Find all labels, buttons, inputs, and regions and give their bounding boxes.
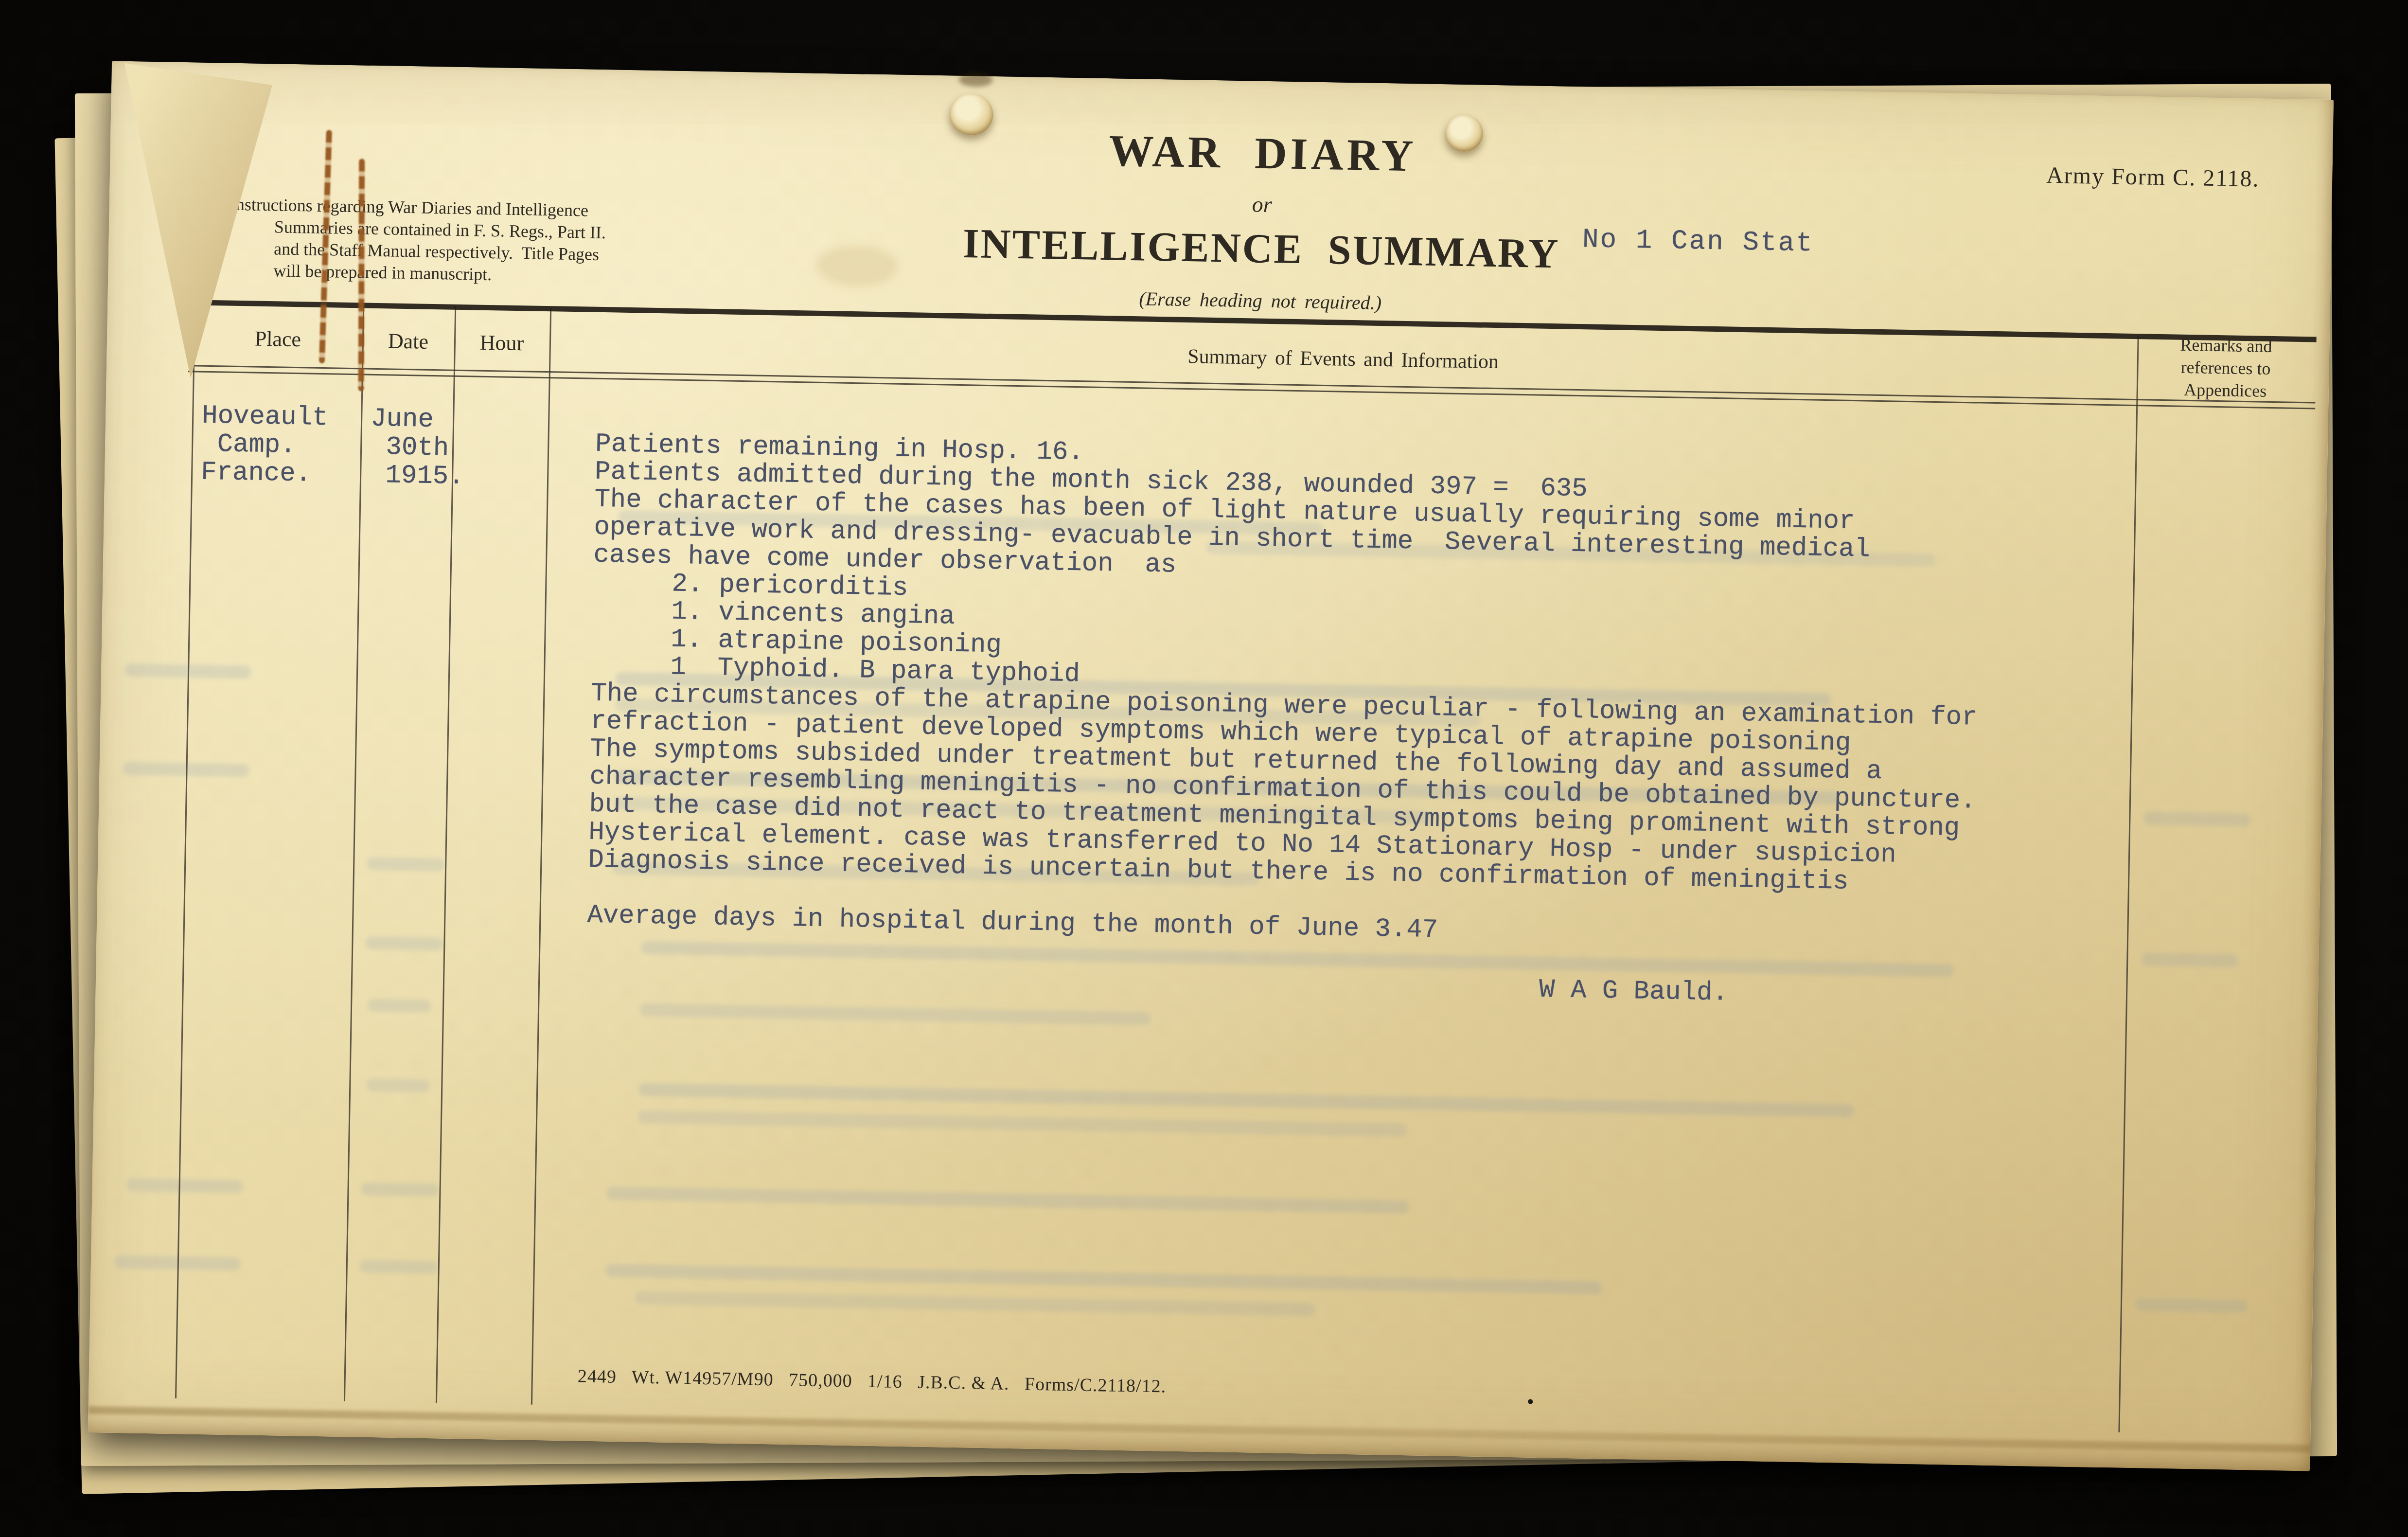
bleed-through-smudge	[640, 1003, 1151, 1025]
instructions-note: Instructions regarding War Diaries and I…	[229, 194, 833, 292]
unit-annotation: No 1 Can Stat	[1582, 224, 1814, 259]
column-header-date: Date	[362, 328, 455, 354]
signature: W A G Bauld.	[1539, 975, 1729, 1008]
bleed-through-smudge	[2143, 811, 2250, 826]
imprint-line: 2449 Wt. W14957/M90 750,000 1/16 J.B.C. …	[578, 1365, 1167, 1397]
page-background: Army Form C. 2118. WAR DIARY or INTELLIG…	[0, 0, 2408, 1537]
bleed-through-smudge	[635, 1291, 1316, 1316]
column-line	[2118, 336, 2139, 1432]
entry-place: Hoveault Camp.France.	[201, 402, 328, 489]
form-number: Army Form C. 2118.	[2046, 162, 2260, 193]
ink-dot	[1528, 1399, 1533, 1404]
entry-date-line: 1915.	[370, 462, 464, 491]
remarks-header-line: Remarks and	[2137, 333, 2315, 358]
entry-place-line: Hoveault	[202, 402, 328, 433]
form-title: WAR DIARY	[747, 118, 1779, 188]
bleed-through-smudge	[2135, 1298, 2247, 1313]
remarks-header-line: Appendices	[2136, 377, 2314, 403]
bleed-through-smudge	[606, 1186, 1409, 1214]
entry-date: June 30th 1915.	[370, 405, 465, 491]
column-header-remarks: Remarks andreferences toAppendices	[2136, 333, 2315, 403]
bleed-through-smudge	[368, 999, 431, 1013]
entry-date-line: 30th	[370, 433, 465, 463]
column-line	[531, 308, 551, 1405]
bleed-through-smudge	[126, 1178, 243, 1193]
column-line	[175, 302, 195, 1398]
entry-place-line: France.	[201, 459, 327, 489]
column-line	[344, 304, 364, 1401]
entry-date-line: June	[371, 405, 465, 435]
bleed-through-smudge	[605, 1264, 1602, 1294]
column-header-summary: Summary of Events and Information	[549, 334, 2137, 385]
bleed-through-smudge	[638, 1083, 1854, 1118]
entry-place-line: Camp.	[201, 430, 328, 461]
main-sheet: Army Form C. 2118. WAR DIARY or INTELLIG…	[88, 61, 2334, 1471]
remarks-header-line: references to	[2137, 355, 2315, 380]
column-header-place: Place	[194, 325, 363, 353]
form-title-block: WAR DIARY or INTELLIGENCE SUMMARY (Erase…	[744, 118, 1778, 321]
bleed-through-smudge	[367, 857, 444, 872]
bleed-through-smudge	[2141, 952, 2238, 967]
bleed-through-smudge	[366, 1078, 429, 1092]
rust-mark-right	[358, 159, 365, 391]
bleed-through-smudge	[360, 1260, 438, 1274]
bleed-through-smudge	[638, 1110, 1406, 1137]
diary-body: Patients remaining in Hosp. 16.Patients …	[587, 430, 1982, 954]
edge-smudge-stain	[958, 73, 992, 87]
bleed-through-smudge	[361, 1182, 439, 1197]
column-header-hour: Hour	[454, 330, 550, 356]
bleed-through-smudge	[365, 936, 443, 951]
